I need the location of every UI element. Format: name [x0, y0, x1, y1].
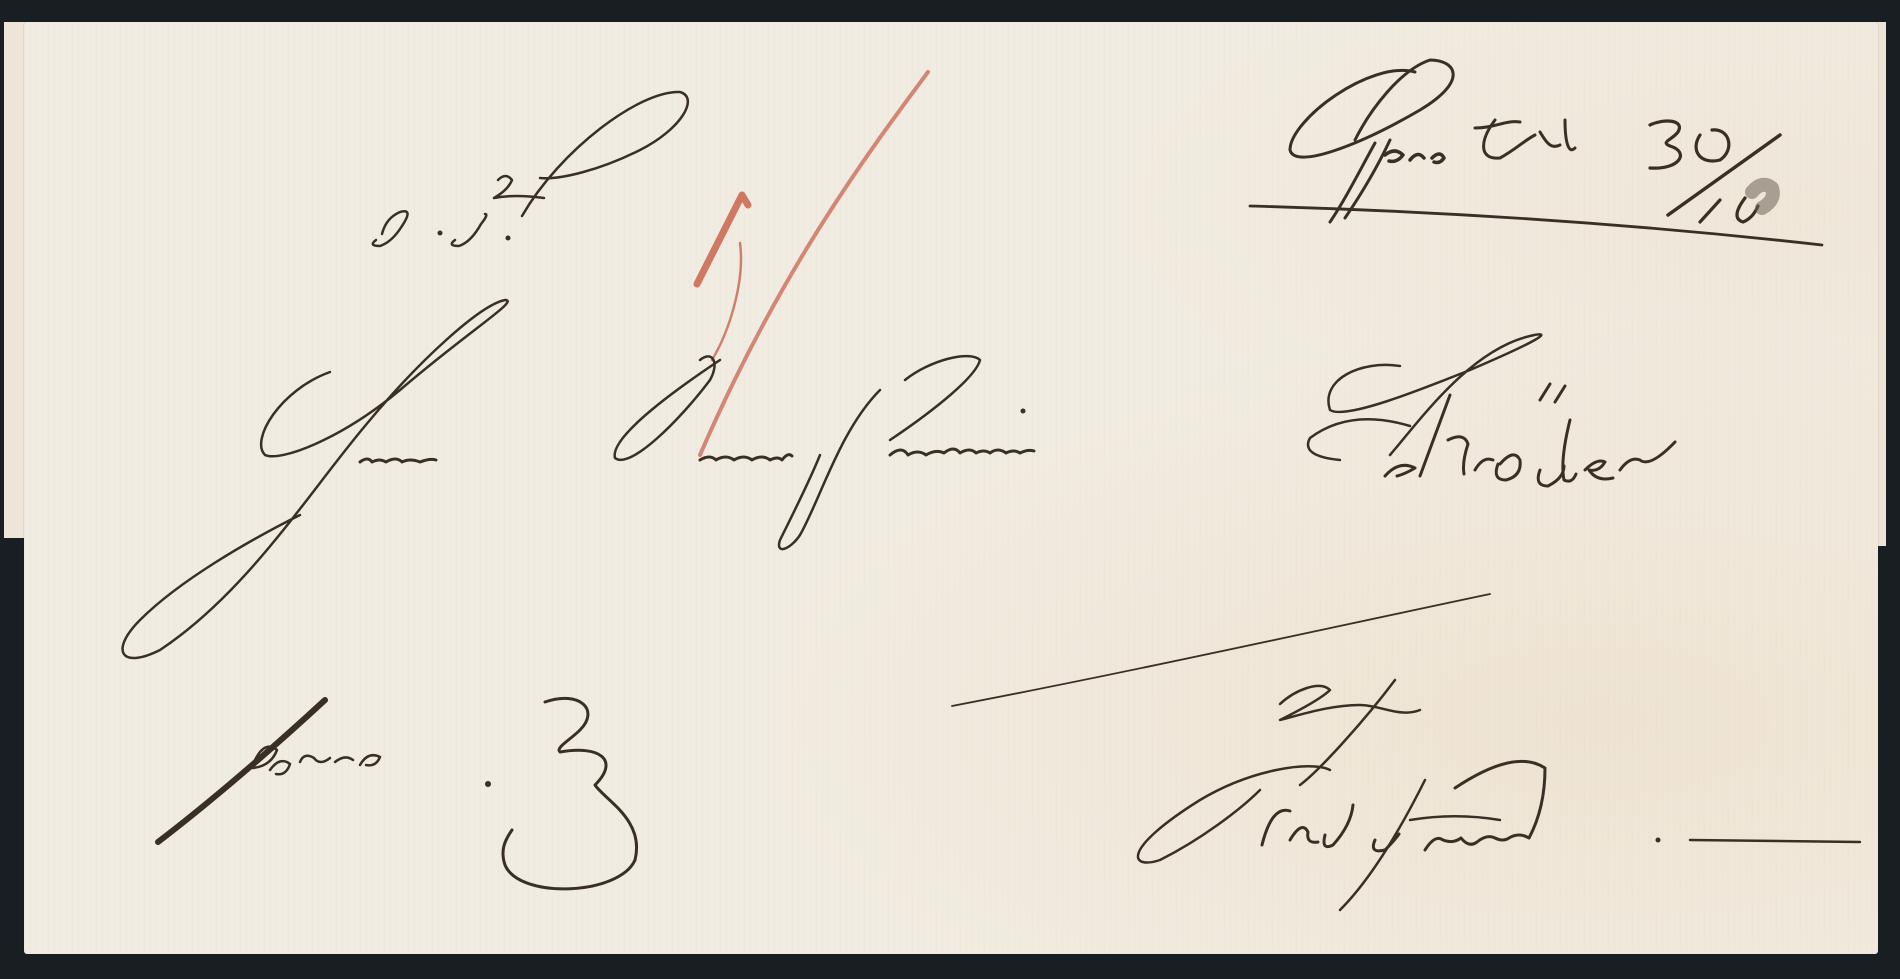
payment-note	[158, 698, 637, 889]
destination	[1138, 680, 1860, 910]
flourish-line	[952, 594, 1490, 706]
service-note	[373, 92, 688, 246]
origin-postmark	[1250, 60, 1822, 245]
addressee-title	[615, 356, 1034, 549]
handwriting-layer	[0, 0, 1900, 979]
red-rate-marking	[697, 72, 928, 455]
salutation-herrn	[123, 300, 508, 658]
addressee-name	[1308, 334, 1675, 486]
